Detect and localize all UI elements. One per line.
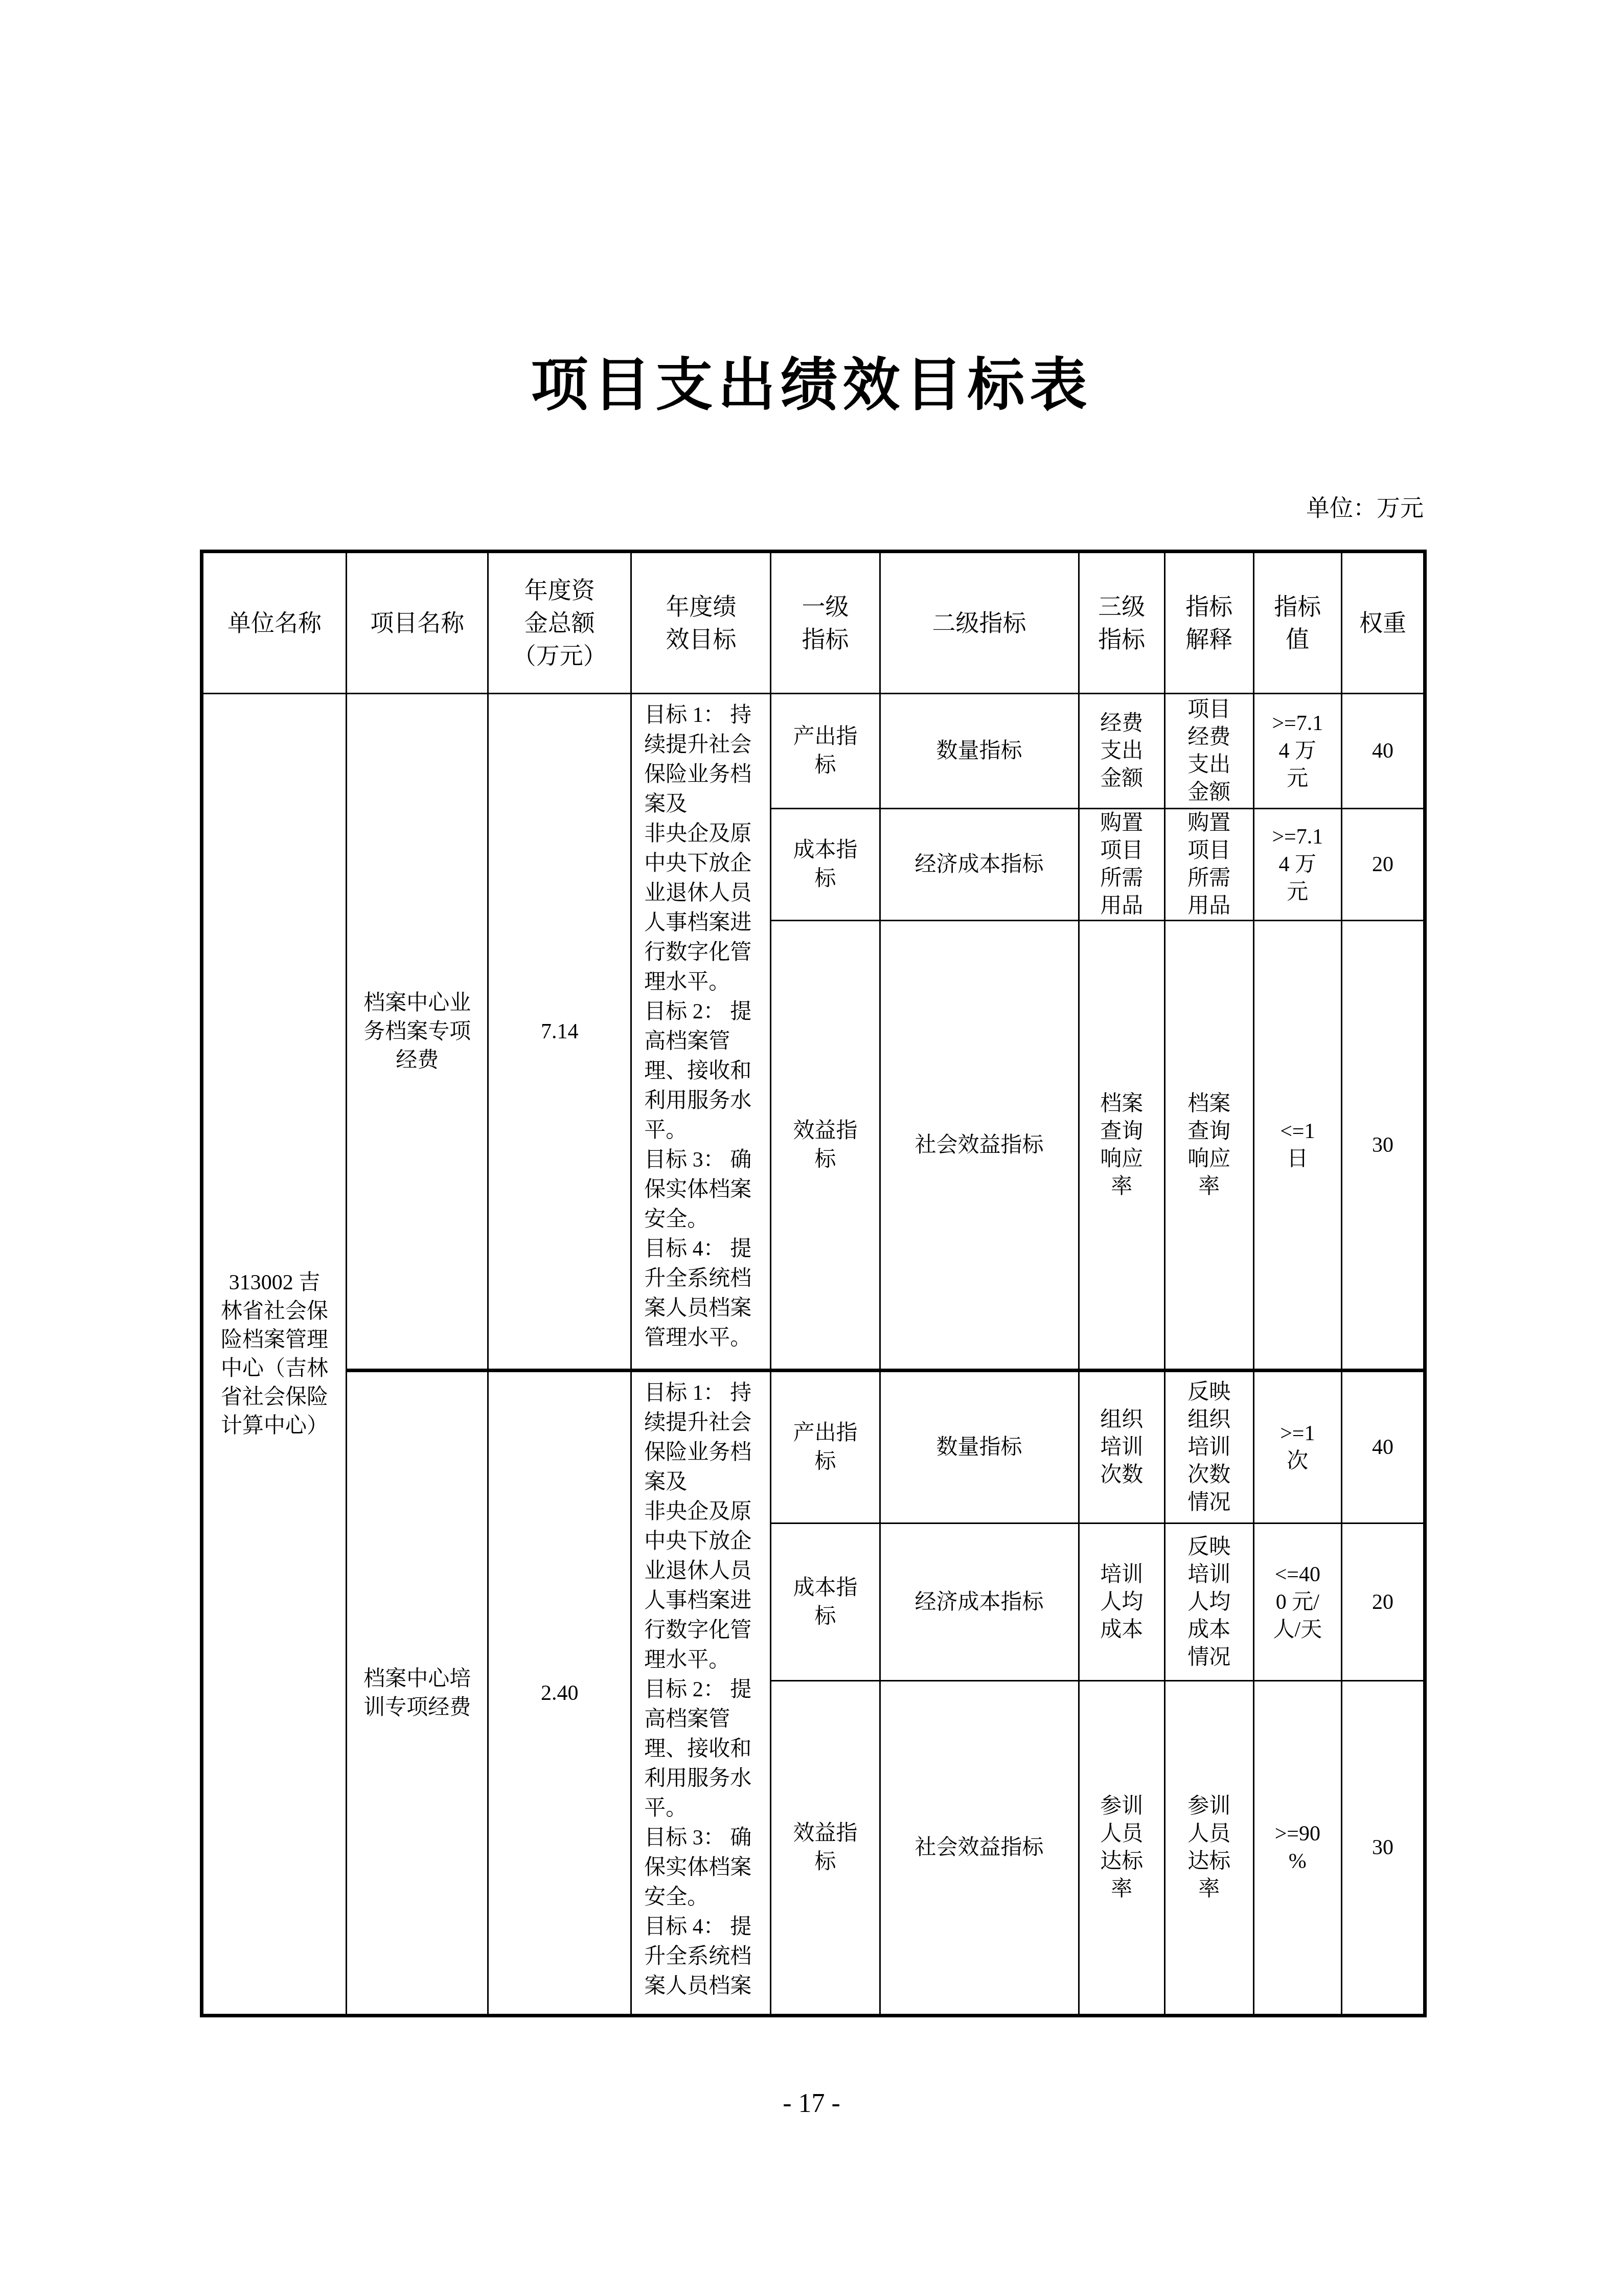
level1-cell: 效益指 标 — [771, 1681, 880, 2016]
indicator-explanation-cell: 项目 经费 支出 金额 — [1164, 694, 1253, 809]
indicator-value-cell: >=90 % — [1253, 1681, 1341, 2016]
weight-cell: 40 — [1341, 1371, 1425, 1524]
indicator-explanation-cell: 购置 项目 所需 用品 — [1164, 809, 1253, 921]
annual-amount-cell: 2.40 — [488, 1371, 631, 2016]
table-header-row: 单位名称 项目名称 年度资 金总额 （万元） 年度绩 效目标 一级 指标 二级指… — [202, 552, 1425, 694]
indicator-explanation-cell: 参训 人员 达标 率 — [1164, 1681, 1253, 2016]
header-unit-name: 单位名称 — [202, 552, 347, 694]
performance-target-table: 单位名称 项目名称 年度资 金总额 （万元） 年度绩 效目标 一级 指标 二级指… — [200, 550, 1427, 2017]
header-annual-amount: 年度资 金总额 （万元） — [488, 552, 631, 694]
indicator-explanation-cell: 反映 组织 培训 次数 情况 — [1164, 1371, 1253, 1524]
document-page: 项目支出绩效目标表 单位：万元 单位名称 项目名称 年度资 金总额 （万元） 年… — [0, 0, 1623, 2296]
header-level2-indicator: 二级指标 — [880, 552, 1079, 694]
table-row: 313002 吉 林省社会保 险档案管理 中心（吉林 省社会保险 计算中心） 档… — [202, 694, 1425, 809]
level2-cell: 经济成本指标 — [880, 809, 1079, 921]
level3-cell: 购置 项目 所需 用品 — [1079, 809, 1164, 921]
level3-cell: 培训 人均 成本 — [1079, 1524, 1164, 1681]
indicator-explanation-cell: 反映 培训 人均 成本 情况 — [1164, 1524, 1253, 1681]
weight-cell: 20 — [1341, 1524, 1425, 1681]
weight-cell: 40 — [1341, 694, 1425, 809]
header-weight: 权重 — [1341, 552, 1425, 694]
project-name-cell: 档案中心业 务档案专项 经费 — [347, 694, 488, 1371]
annual-target-cell: 目标 1： 持 续提升社会 保险业务档 案及 非央企及原 中央下放企 业退休人员… — [631, 694, 771, 1371]
level1-cell: 效益指 标 — [771, 921, 880, 1371]
project-name-cell: 档案中心培 训专项经费 — [347, 1371, 488, 2016]
indicator-value-cell: >=7.1 4 万 元 — [1253, 694, 1341, 809]
weight-cell: 30 — [1341, 1681, 1425, 2016]
header-level1-indicator: 一级 指标 — [771, 552, 880, 694]
header-annual-target: 年度绩 效目标 — [631, 552, 771, 694]
level3-cell: 组织 培训 次数 — [1079, 1371, 1164, 1524]
level1-cell: 产出指 标 — [771, 694, 880, 809]
level1-cell: 产出指 标 — [771, 1371, 880, 1524]
header-level3-indicator: 三级 指标 — [1079, 552, 1164, 694]
level2-cell: 数量指标 — [880, 1371, 1079, 1524]
header-indicator-value: 指标 值 — [1253, 552, 1341, 694]
level3-cell: 经费 支出 金额 — [1079, 694, 1164, 809]
level3-cell: 档案 查询 响应 率 — [1079, 921, 1164, 1371]
unit-name-cell: 313002 吉 林省社会保 险档案管理 中心（吉林 省社会保险 计算中心） — [202, 694, 347, 2016]
indicator-value-cell: >=7.1 4 万 元 — [1253, 809, 1341, 921]
table-row: 档案中心培 训专项经费 2.40 目标 1： 持 续提升社会 保险业务档 案及 … — [202, 1371, 1425, 1524]
header-project-name: 项目名称 — [347, 552, 488, 694]
page-title: 项目支出绩效目标表 — [0, 353, 1623, 419]
level1-cell: 成本指 标 — [771, 809, 880, 921]
annual-target-cell: 目标 1： 持 续提升社会 保险业务档 案及 非央企及原 中央下放企 业退休人员… — [631, 1371, 771, 2016]
level1-cell: 成本指 标 — [771, 1524, 880, 1681]
indicator-explanation-cell: 档案 查询 响应 率 — [1164, 921, 1253, 1371]
indicator-value-cell: >=1 次 — [1253, 1371, 1341, 1524]
weight-cell: 30 — [1341, 921, 1425, 1371]
header-indicator-explanation: 指标 解释 — [1164, 552, 1253, 694]
indicator-value-cell: <=40 0 元/ 人/天 — [1253, 1524, 1341, 1681]
weight-cell: 20 — [1341, 809, 1425, 921]
unit-note: 单位：万元 — [1306, 495, 1424, 521]
level2-cell: 社会效益指标 — [880, 1681, 1079, 2016]
level2-cell: 经济成本指标 — [880, 1524, 1079, 1681]
annual-amount-cell: 7.14 — [488, 694, 631, 1371]
indicator-value-cell: <=1 日 — [1253, 921, 1341, 1371]
level2-cell: 社会效益指标 — [880, 921, 1079, 1371]
page-number: - 17 - — [0, 2088, 1623, 2119]
level3-cell: 参训 人员 达标 率 — [1079, 1681, 1164, 2016]
level2-cell: 数量指标 — [880, 694, 1079, 809]
